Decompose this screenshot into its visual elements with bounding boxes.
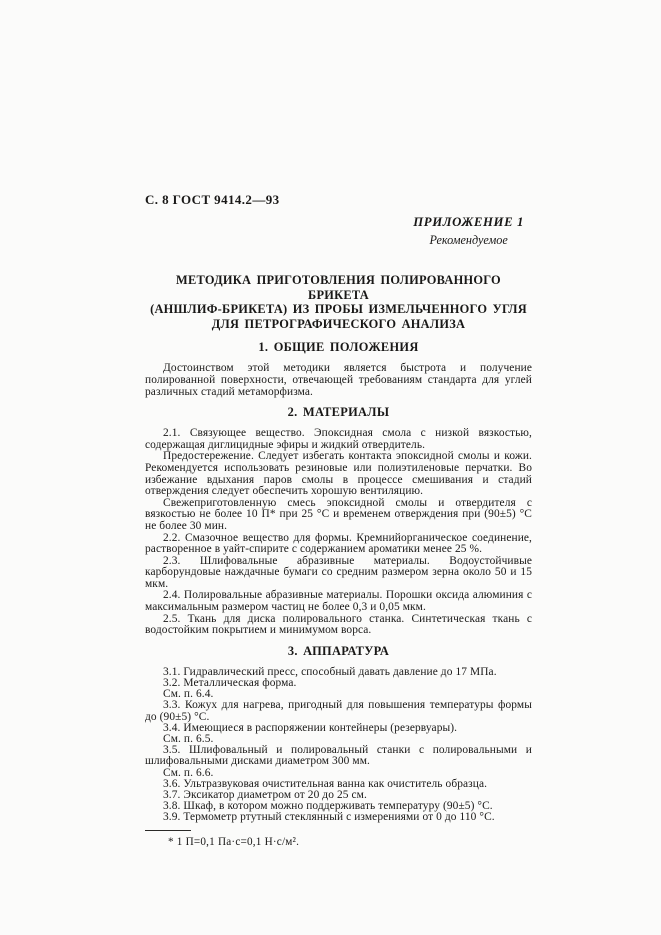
section-2-paragraph-7: 2.5. Ткань для диска полировального стан… bbox=[145, 614, 532, 637]
section-2-paragraph-6: 2.4. Полировальные абразивные материалы.… bbox=[145, 590, 532, 613]
section-2-paragraph-1: 2.1. Связующее вещество. Эпоксидная смол… bbox=[145, 428, 532, 451]
section-3-item: 3.3. Кожух для нагрева, пригодный для по… bbox=[145, 700, 532, 722]
page-header-label: С. 8 ГОСТ 9414.2—93 bbox=[145, 192, 532, 208]
section-2-paragraph-4: 2.2. Смазочное вещество для формы. Кремн… bbox=[145, 533, 532, 556]
section-2-paragraph-5: 2.3. Шлифовальные абразивные материалы. … bbox=[145, 556, 532, 591]
section-3-heading: 3. АППАРАТУРА bbox=[145, 644, 532, 659]
footnote-divider bbox=[145, 830, 191, 831]
appendix-title: ПРИЛОЖЕНИЕ 1 bbox=[413, 215, 524, 230]
section-1-heading: 1. ОБЩИЕ ПОЛОЖЕНИЯ bbox=[145, 340, 532, 355]
footnote-block: * 1 П=0,1 Па·с=0,1 Н·с/м². bbox=[145, 830, 532, 849]
section-3-item: 3.5. Шлифовальный и полировальный станки… bbox=[145, 745, 532, 767]
section-2-paragraph-3: Свежеприготовленную смесь эпоксидной смо… bbox=[145, 498, 532, 533]
document-page: С. 8 ГОСТ 9414.2—93 ПРИЛОЖЕНИЕ 1 Рекомен… bbox=[0, 0, 661, 935]
document-title: МЕТОДИКА ПРИГОТОВЛЕНИЯ ПОЛИРОВАННОГО БРИ… bbox=[145, 273, 532, 331]
section-2-heading: 2. МАТЕРИАЛЫ bbox=[145, 405, 532, 420]
appendix-inner: ПРИЛОЖЕНИЕ 1 Рекомендуемое bbox=[413, 215, 524, 248]
document-title-line-3: ДЛЯ ПЕТРОГРАФИЧЕСКОГО АНАЛИЗА bbox=[145, 317, 532, 332]
section-3-item: 3.9. Термометр ртутный стеклянный с изме… bbox=[145, 812, 532, 823]
appendix-subtitle: Рекомендуемое bbox=[413, 233, 524, 248]
document-title-line-2: (АНШЛИФ-БРИКЕТА) ИЗ ПРОБЫ ИЗМЕЛЬЧЕННОГО … bbox=[145, 302, 532, 317]
document-title-line-1: МЕТОДИКА ПРИГОТОВЛЕНИЯ ПОЛИРОВАННОГО БРИ… bbox=[145, 273, 532, 302]
page-content: С. 8 ГОСТ 9414.2—93 ПРИЛОЖЕНИЕ 1 Рекомен… bbox=[145, 192, 532, 848]
section-2-paragraph-2: Предостережение. Следует избегать контак… bbox=[145, 451, 532, 497]
section-1-paragraph: Достоинством этой методики является быст… bbox=[145, 363, 532, 398]
appendix-block: ПРИЛОЖЕНИЕ 1 Рекомендуемое bbox=[145, 215, 532, 249]
footnote-text: * 1 П=0,1 Па·с=0,1 Н·с/м². bbox=[145, 837, 532, 849]
